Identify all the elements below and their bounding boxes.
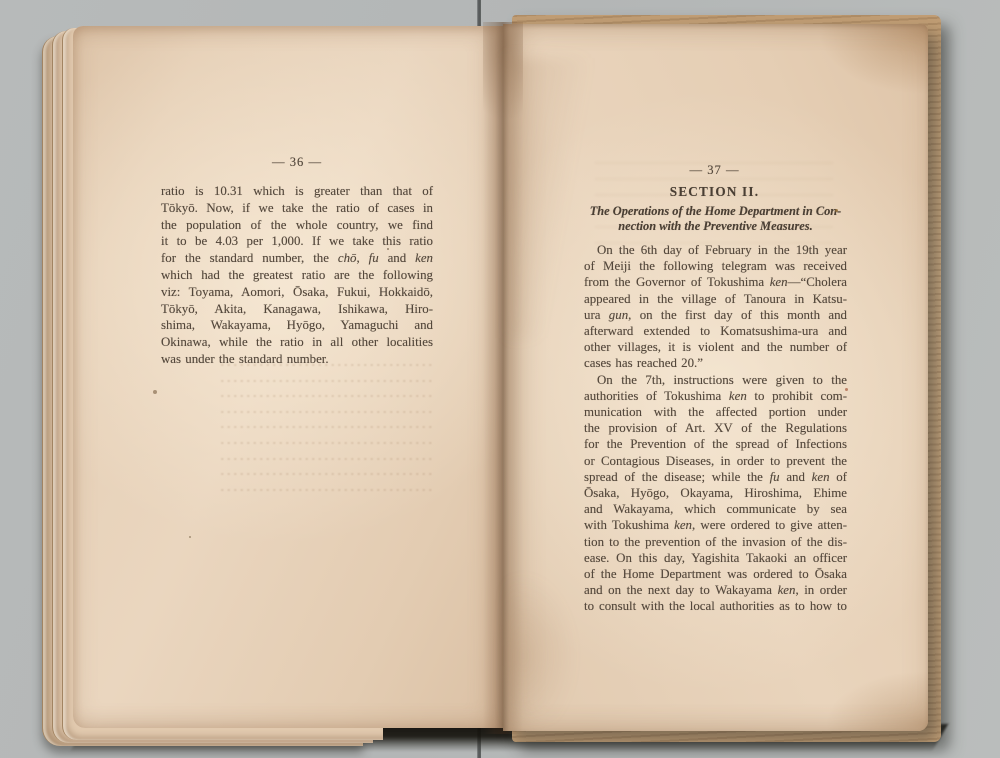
photo-open-book: — 36 — ratio is 10.31 which is greater t… <box>0 0 1000 758</box>
paragraph-2: On the 7th, instructions were given to t… <box>584 372 847 615</box>
paper-speck <box>845 388 848 391</box>
text-line: of Meiji the following telegram was rece… <box>584 258 847 274</box>
right-page: — 37 — SECTION II. The Operations of the… <box>503 24 928 731</box>
text-line: which had the greatest ratio are the fol… <box>161 267 433 284</box>
text-line: or Contagious Diseases, in order to prev… <box>584 453 847 469</box>
text-line: to consult with the local authorities as… <box>584 598 847 614</box>
paper-speck <box>153 390 157 394</box>
text-line: for the Prevention of the spread of Infe… <box>584 436 847 452</box>
text-line: with Tokushima ken, were ordered to give… <box>584 517 847 533</box>
text-line: shima, Wakayama, Hyōgo, Yamaguchi and <box>161 317 433 334</box>
text-line: Ōsaka, Hyōgo, Okayama, Hiroshima, Ehime <box>584 485 847 501</box>
text-line: for the standard number, the chō, fu and… <box>161 250 433 267</box>
section-subheading: The Operations of the Home Department in… <box>577 204 854 234</box>
text-line: ease. On this day, Yagishita Takaoki an … <box>584 550 847 566</box>
text-line: other villages, it is violent and the nu… <box>584 339 847 355</box>
text-line: and Wakayama, which communicate by sea <box>584 501 847 517</box>
text-line: ratio is 10.31 which is greater than tha… <box>161 183 433 200</box>
text-line: the provision of Art. XV of the Regulati… <box>584 420 847 436</box>
text-line: viz: Toyama, Aomori, Ōsaka, Fukui, Hokka… <box>161 284 433 301</box>
show-through-smudge <box>221 364 433 504</box>
paper-speck <box>189 536 191 538</box>
text-line: The Operations of the Home Department in… <box>577 204 854 219</box>
page-number-36: — 36 — <box>161 155 433 170</box>
text-line: ura gun, on the first day of this month … <box>584 307 847 323</box>
text-line: was under the standard number. <box>161 351 433 368</box>
text-line: from the Governor of Tokushima ken—“Chol… <box>584 274 847 290</box>
text-line: On the 6th day of February in the 19th y… <box>584 242 847 258</box>
text-line: munication with the affected portion und… <box>584 404 847 420</box>
text-line: and on the next day to Wakayama ken, in … <box>584 582 847 598</box>
paper-speck <box>387 248 389 250</box>
text-line: cases has reached 20.” <box>584 355 847 371</box>
page-number-37: — 37 — <box>583 163 846 178</box>
text-line: On the 7th, instructions were given to t… <box>584 372 847 388</box>
section-heading: SECTION II. <box>583 184 846 200</box>
text-line: appeared in the village of Tanoura in Ka… <box>584 291 847 307</box>
text-line: the population of the whole country, we … <box>161 217 433 234</box>
text-line: afterward extended to Komatsushima-ura a… <box>584 323 847 339</box>
text-line: of the Home Department was ordered to Ōs… <box>584 566 847 582</box>
text-line: it to be 4.03 per 1,000. If we take this… <box>161 233 433 250</box>
left-page-body-text: ratio is 10.31 which is greater than tha… <box>161 183 433 368</box>
text-line: Tōkyō, Akita, Kanagawa, Ishikawa, Hiro- <box>161 301 433 318</box>
text-line: tion to the prevention of the invasion o… <box>584 534 847 550</box>
text-line: authorities of Tokushima ken to prohibit… <box>584 388 847 404</box>
text-line: spread of the disease; while the fu and … <box>584 469 847 485</box>
text-line: Tōkyō. Now, if we take the ratio of case… <box>161 200 433 217</box>
paper-speck <box>835 209 838 212</box>
text-line: nection with the Preventive Measures. <box>577 219 854 234</box>
paragraph-1: On the 6th day of February in the 19th y… <box>584 242 847 372</box>
text-line: Okinawa, while the ratio in all other lo… <box>161 334 433 351</box>
right-page-body-text: On the 6th day of February in the 19th y… <box>584 242 847 615</box>
left-page: — 36 — ratio is 10.31 which is greater t… <box>73 26 503 728</box>
